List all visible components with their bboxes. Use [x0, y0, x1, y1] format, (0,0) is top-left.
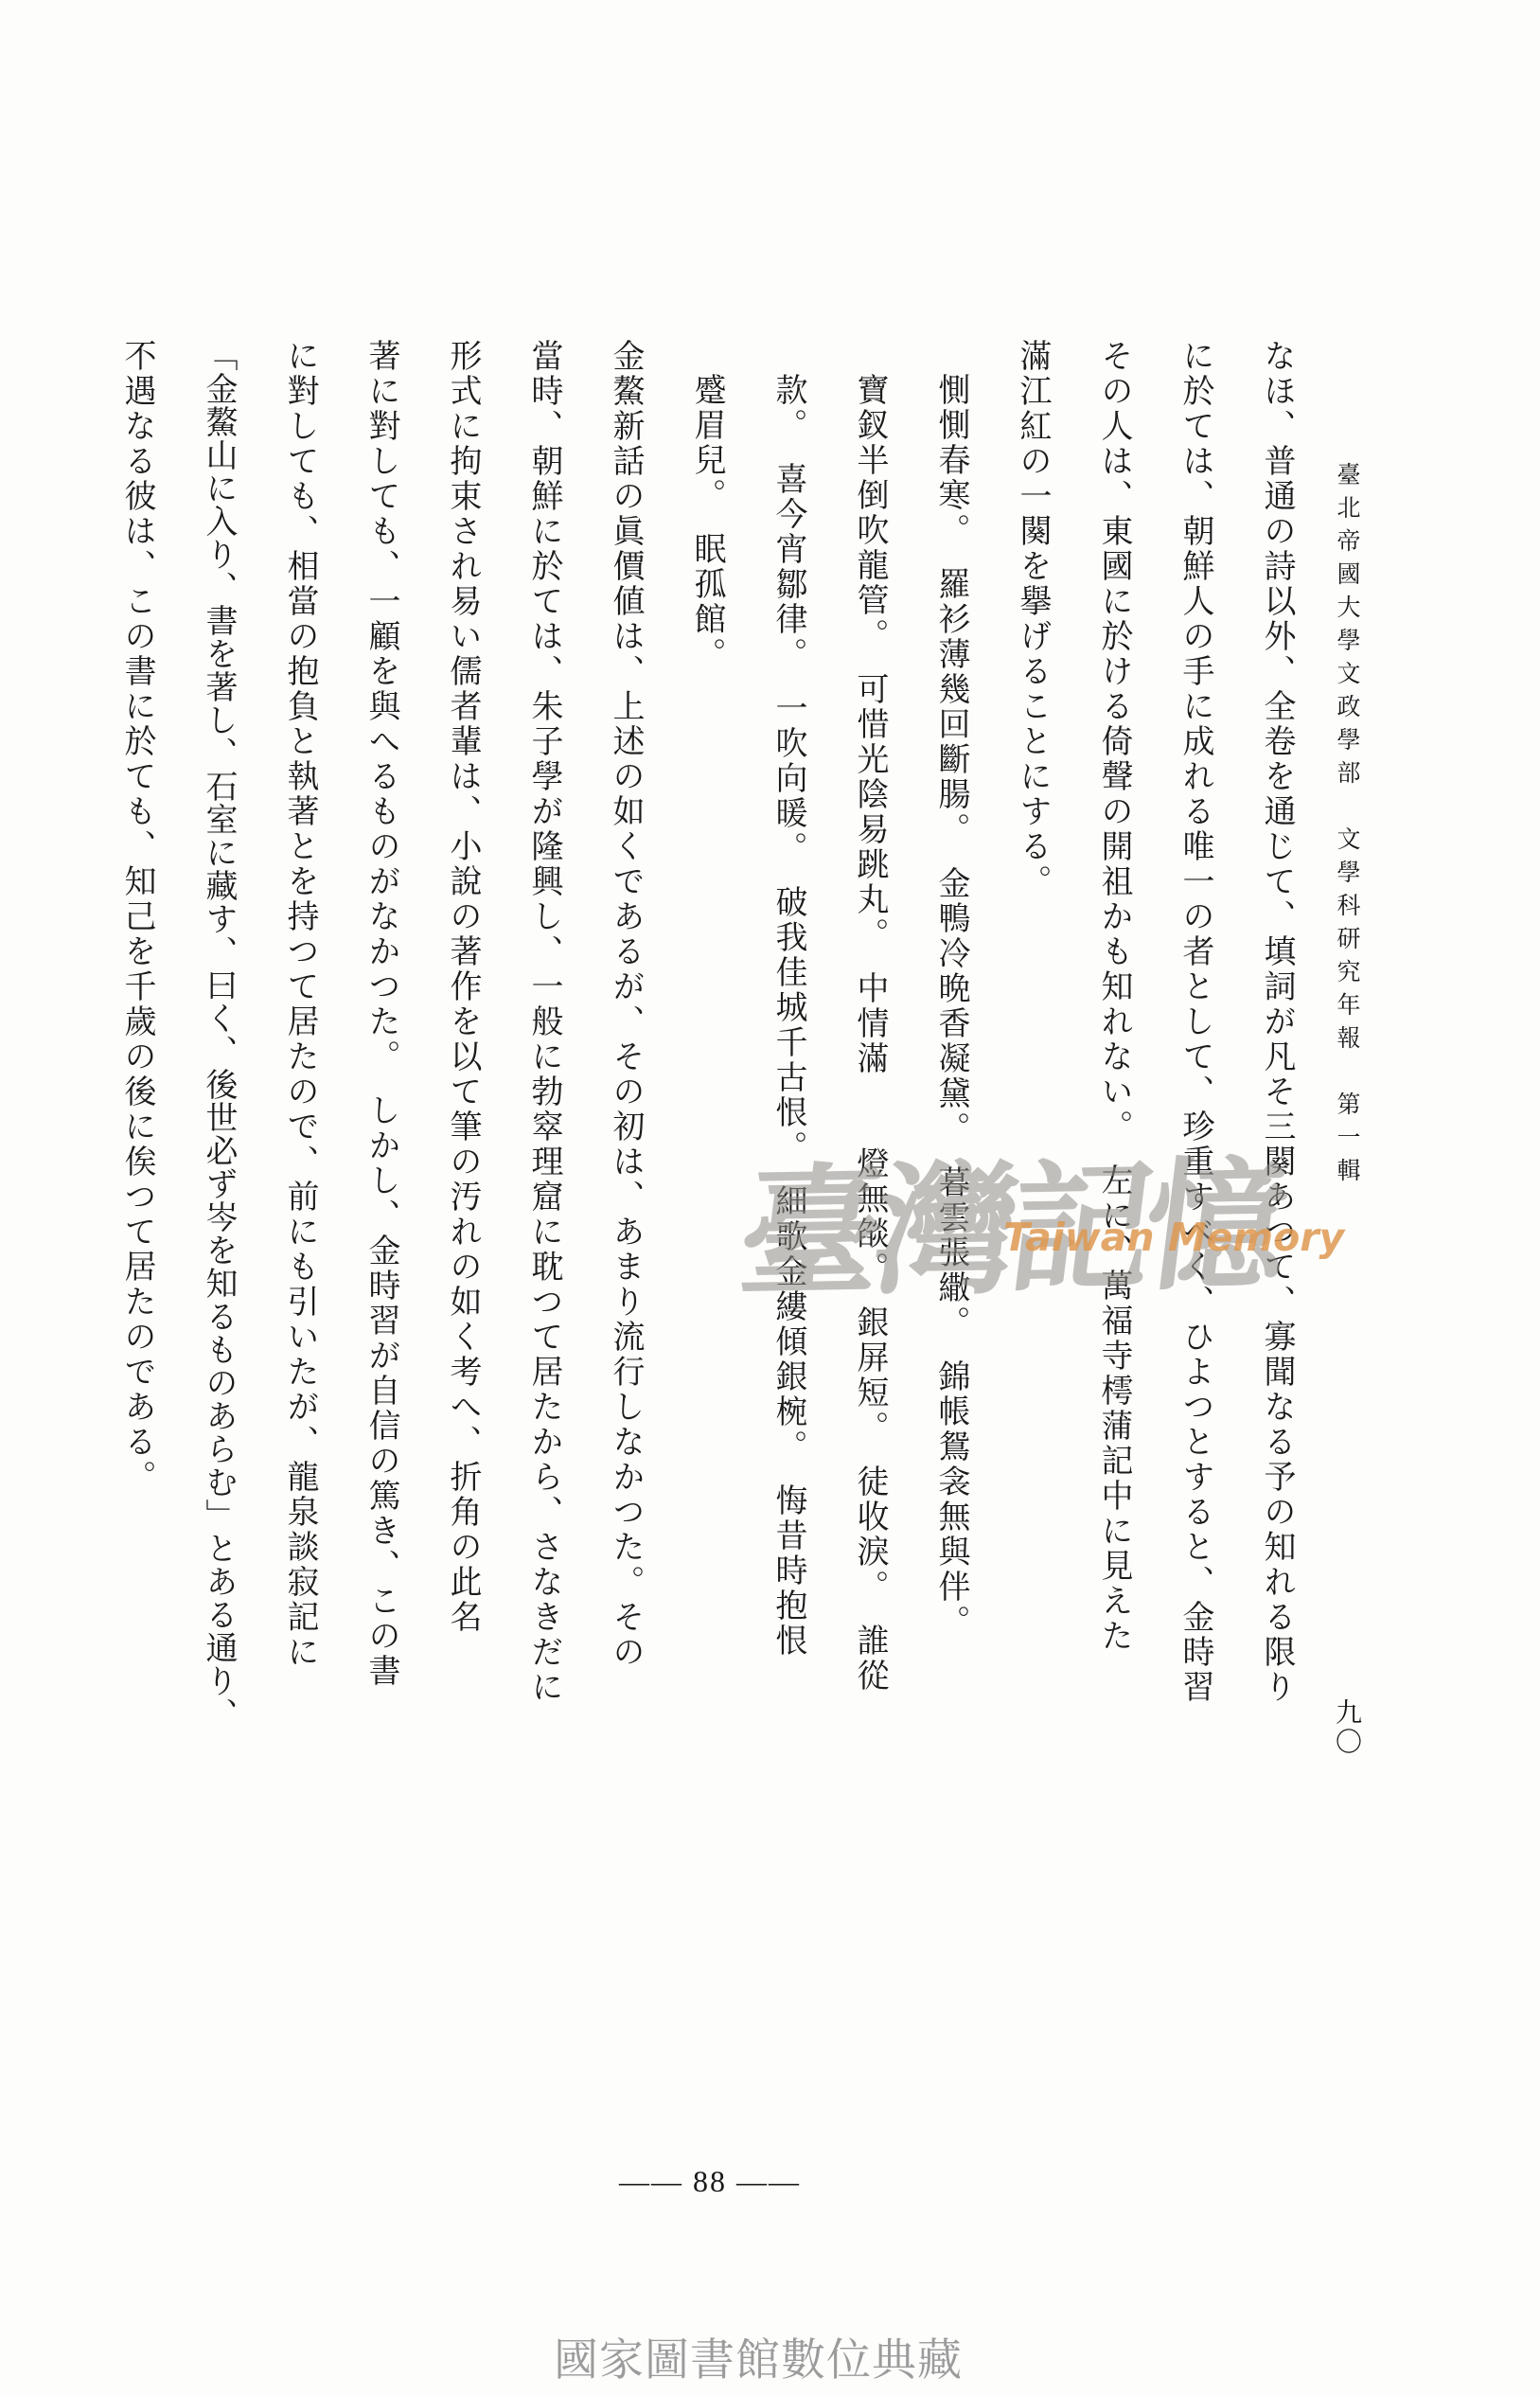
library-archive-footer: 國家圖書館數位典藏 [554, 2325, 963, 2388]
text-column-9: 金鰲新話の眞價値は、上述の如くであるが、その初は、あまり流行しなかつた。その [584, 339, 665, 1797]
folio-number-kanji: 九〇 [1327, 1698, 1365, 1757]
poem-column-4: 蹙眉兒。 眠孤館。 [665, 339, 747, 1831]
poem-column-3: 款。 喜今宵鄒律。 一吹向暖。 破我佳城千古恨。 細歌金縷傾銀椀。 悔昔時抱恨 [747, 339, 828, 1831]
vertical-text-block: なほ、普通の詩以外、全卷を通じて、填詞が凡そ三闋あつて、寡聞なる予の知れる限り … [96, 339, 1317, 1797]
page-number: —— 88 —— [530, 2164, 890, 2199]
text-column-12: 著に對しても、一顧を與へるものがなかつた。 しかし、金時習が自信の篤き、この書 [340, 339, 421, 1797]
scanned-page: 臺北帝國大學文政學部 文學科研究年報 第一輯 九〇 なほ、普通の詩以外、全卷を通… [0, 0, 1540, 2396]
text-column-13: に對しても、相當の抱負と執著とを持つて居たので、前にも引いたが、龍泉談寂記に [258, 339, 340, 1797]
text-column-3: その人は、東國に於ける倚聲の開祖かも知れない。 左に、萬福寺樗蒲記中に見えた [1072, 339, 1154, 1797]
poem-column-1: 惻惻春寒。 羅衫薄幾回斷腸。 金鴨冷晩香凝黛。 暮雲張繖。 錦帳鴛衾無與伴。 [910, 339, 991, 1831]
text-column-1: なほ、普通の詩以外、全卷を通じて、填詞が凡そ三闋あつて、寡聞なる予の知れる限り [1235, 339, 1317, 1797]
poem-column-2: 寶釵半倒吹龍管。 可惜光陰易跳丸。 中情滿 燈無燄。 銀屏短。 徒收淚。 誰從 [828, 339, 910, 1831]
text-column-11: 形式に拘束され易い儒者輩は、小說の著作を以て筆の汚れの如く考へ、折角の此名 [421, 339, 503, 1797]
text-column-15: 不遇なる彼は、この書に於ても、知己を千歲の後に俟つて居たのである。 [96, 339, 177, 1797]
text-column-10: 當時、朝鮮に於ては、朱子學が隆興し、一般に勃窣理窟に耽つて居たから、さなきだに [503, 339, 584, 1797]
text-column-4: 滿江紅の一闋を擧げることにする。 [991, 339, 1072, 1797]
text-column-14: 「金鰲山に入り、書を著し、石室に藏す、曰く、後世必ず岑を知るものあらむ」とある通… [177, 339, 258, 1797]
journal-header-column: 臺北帝國大學文政學部 文學科研究年報 第一輯 [1329, 462, 1363, 1238]
text-column-2: に於ては、朝鮮人の手に成れる唯一の者として、珍重すべく、ひよつとすると、金時習 [1154, 339, 1235, 1797]
